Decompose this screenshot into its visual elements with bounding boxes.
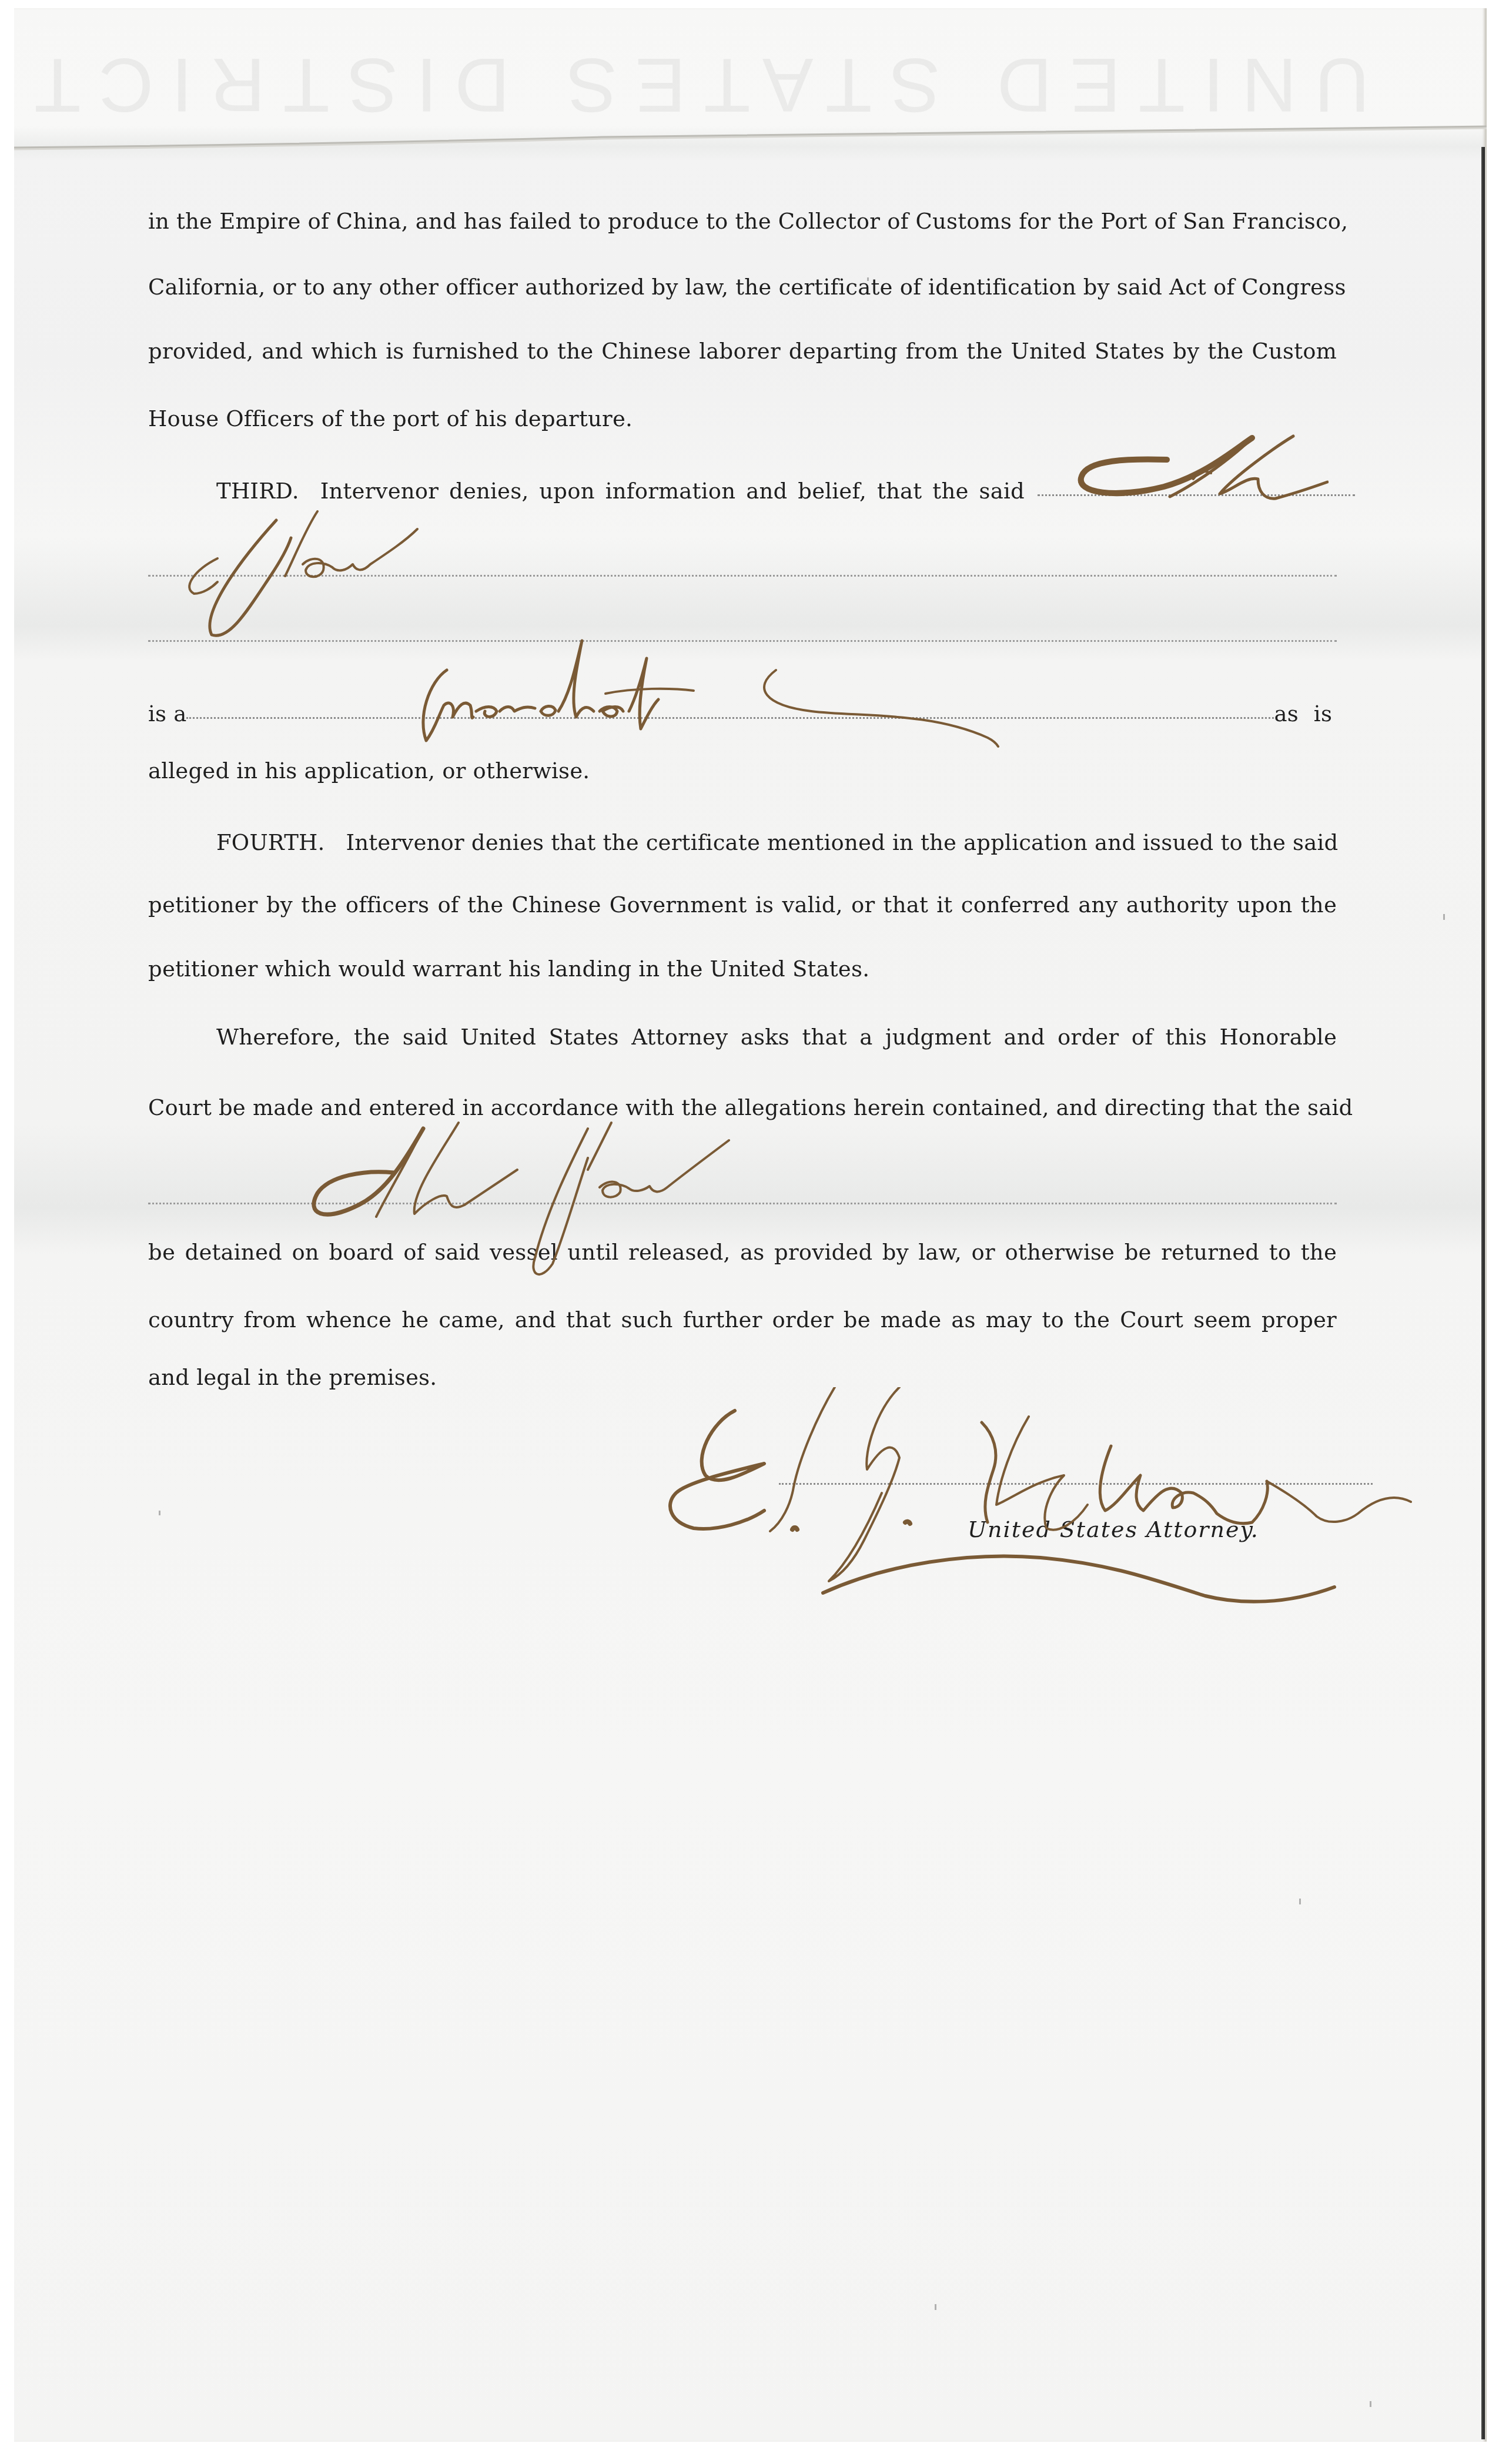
text-line: country from whence he came, and that su… — [148, 1309, 1337, 1335]
paper-speck — [159, 1511, 160, 1515]
text-line: be detained on board of said vessel unti… — [148, 1241, 1337, 1267]
document-page — [14, 8, 1487, 2442]
paper-speck — [1443, 914, 1445, 920]
text-line: Court be made and entered in accordance … — [148, 1097, 1337, 1123]
text-line: petitioner which would warrant his landi… — [148, 958, 1337, 984]
text-line: provided, and which is furnished to the … — [148, 340, 1337, 366]
text-line: House Officers of the port of his depart… — [148, 408, 1337, 434]
fourth-text: Intervenor denies that the certificate m… — [346, 830, 1338, 855]
name-blank-3 — [148, 640, 1337, 642]
name-blank-1 — [1038, 494, 1355, 496]
third-closing: alleged in his application, or otherwise… — [148, 760, 1337, 786]
paper-speck — [867, 277, 869, 281]
text-line: and legal in the premises. — [148, 1367, 1337, 1392]
name-blank-2 — [148, 574, 1337, 577]
text-line: in the Empire of China, and has failed t… — [148, 210, 1337, 236]
text-line: Wherefore, the said United States Attorn… — [148, 1026, 1337, 1052]
as-is-label: as is — [1274, 701, 1332, 727]
text-line: California, or to any other officer auth… — [148, 276, 1337, 302]
third-text: Intervenor denies, upon information and … — [320, 478, 1025, 504]
is-a-label: is a — [148, 701, 186, 727]
occupation-line: is aas is — [148, 703, 1337, 729]
signature-title: United States Attorney. — [968, 1516, 1259, 1542]
name-blank-4 — [148, 1202, 1337, 1204]
paper-speck — [1299, 1899, 1301, 1904]
bleed-through-watermark: UNITED STATES DISTRICT COURT — [135, 24, 1370, 129]
third-heading: THIRD. — [216, 478, 299, 504]
paper-speck — [1370, 2401, 1371, 2407]
page-edge-shadow — [1481, 147, 1485, 2439]
fourth-heading: FOURTH. — [216, 830, 325, 855]
third-line: THIRD. Intervenor denies, upon informati… — [148, 480, 1337, 506]
text-line: petitioner by the officers of the Chines… — [148, 894, 1337, 920]
paper-speck — [935, 2304, 936, 2310]
fourth-line: FOURTH. Intervenor denies that the certi… — [148, 832, 1337, 858]
occupation-blank — [186, 717, 1274, 719]
signature-blank — [779, 1482, 1373, 1485]
